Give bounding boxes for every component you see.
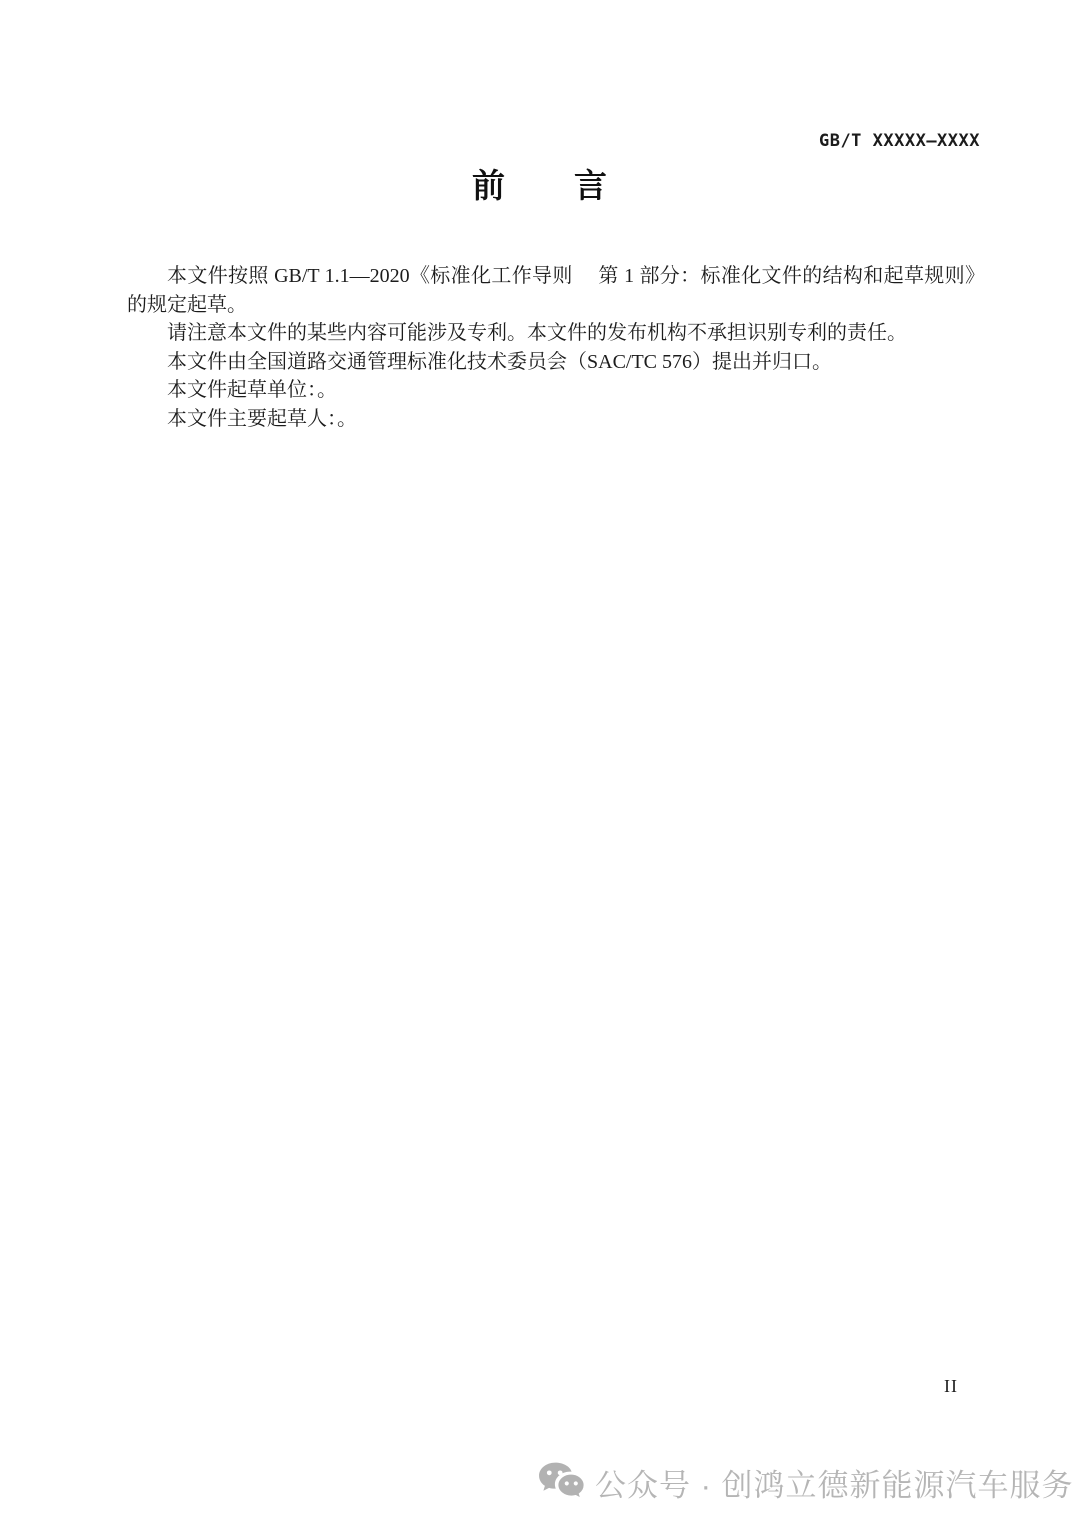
document-page: GB/T XXXXX—XXXX 前 言 本文件按照 GB/T 1.1—2020《… [0, 0, 1080, 1527]
paragraph-proposing-body: 本文件由全国道路交通管理标准化技术委员会（SAC/TC 576）提出并归口。 [127, 348, 985, 377]
watermark-text: 公众号 · 创鸿立德新能源汽车服务 [595, 1460, 1074, 1505]
paragraph-drafting-organizations: 本文件起草单位：。 [127, 376, 985, 405]
paragraph-patent-notice: 请注意本文件的某些内容可能涉及专利。本文件的发布机构不承担识别专利的责任。 [127, 319, 985, 348]
paragraph-drafting-rules: 本文件按照 GB/T 1.1—2020《标准化工作导则 第 1 部分：标准化文件… [127, 262, 985, 319]
standard-number-header: GB/T XXXXX—XXXX [819, 131, 980, 151]
page-title: 前 言 [0, 160, 1080, 207]
page-number: II [933, 1376, 969, 1397]
paragraph-main-drafters: 本文件主要起草人：。 [127, 405, 985, 434]
wechat-icon [536, 1458, 586, 1506]
foreword-body: 本文件按照 GB/T 1.1—2020《标准化工作导则 第 1 部分：标准化文件… [127, 262, 985, 434]
watermark: 公众号 · 创鸿立德新能源汽车服务 [536, 1458, 1074, 1506]
